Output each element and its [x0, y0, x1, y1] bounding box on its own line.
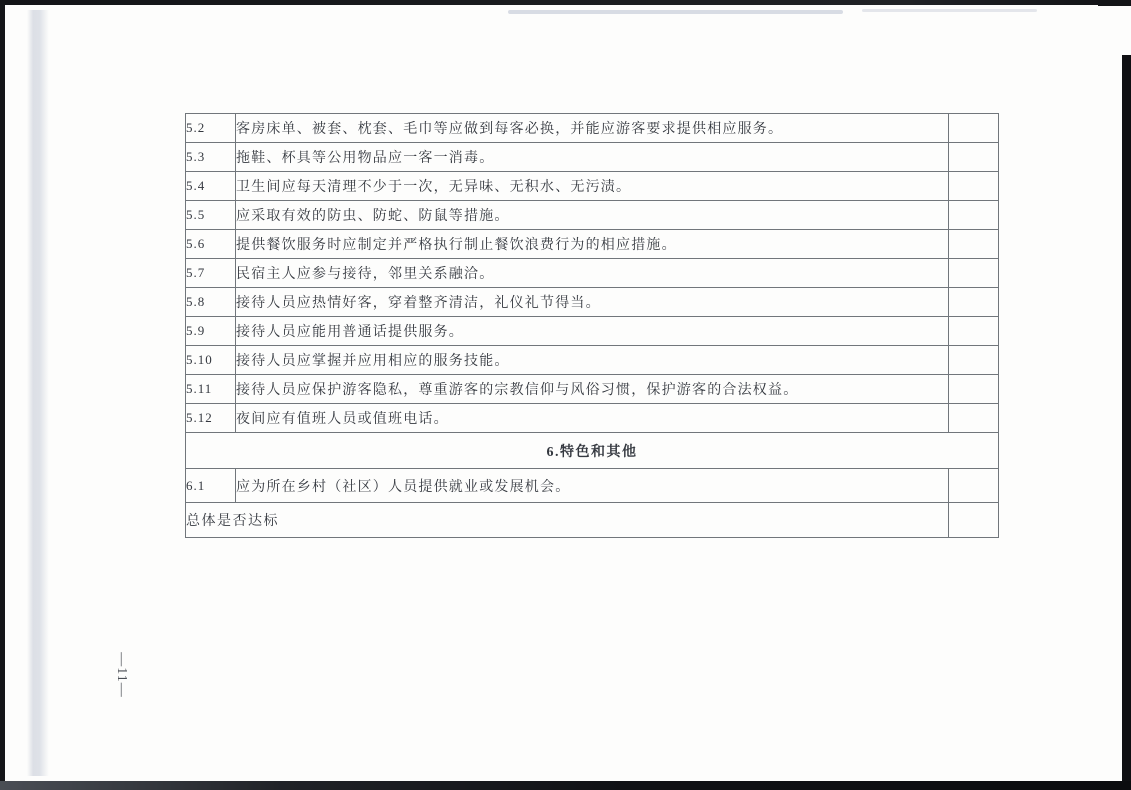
check-cell: [949, 317, 999, 346]
item-number: 5.8: [186, 288, 236, 317]
table-row: 5.3 拖鞋、杯具等公用物品应一客一消毒。: [186, 143, 999, 172]
check-cell: [949, 503, 999, 538]
item-number: 5.4: [186, 172, 236, 201]
table-row: 5.8 接待人员应热情好客，穿着整齐清洁，礼仪礼节得当。: [186, 288, 999, 317]
table-row: 6.1 应为所在乡村（社区）人员提供就业或发展机会。: [186, 469, 999, 503]
check-cell: [949, 469, 999, 503]
item-number: 5.11: [186, 375, 236, 404]
item-number: 5.12: [186, 404, 236, 433]
item-number: 5.5: [186, 201, 236, 230]
table-row: 5.12 夜间应有值班人员或值班电话。: [186, 404, 999, 433]
summary-row: 总体是否达标: [186, 503, 999, 538]
scan-edge-right-top: [1098, 0, 1131, 6]
check-cell: [949, 114, 999, 143]
scan-edge-bottom: [0, 781, 1131, 790]
item-description: 卫生间应每天清理不少于一次，无异味、无积水、无污渍。: [236, 172, 949, 201]
scanned-document-page: 5.2 客房床单、被套、枕套、毛巾等应做到每客必换，并能应游客要求提供相应服务。…: [0, 0, 1131, 790]
check-cell: [949, 375, 999, 404]
check-cell: [949, 172, 999, 201]
check-cell: [949, 201, 999, 230]
table-row: 5.6 提供餐饮服务时应制定并严格执行制止餐饮浪费行为的相应措施。: [186, 230, 999, 259]
scan-edge-right: [1122, 55, 1131, 790]
summary-label: 总体是否达标: [186, 503, 949, 538]
check-cell: [949, 288, 999, 317]
check-cell: [949, 346, 999, 375]
scan-edge-top: [0, 0, 1131, 5]
item-description: 提供餐饮服务时应制定并严格执行制止餐饮浪费行为的相应措施。: [236, 230, 949, 259]
item-number: 5.3: [186, 143, 236, 172]
scan-fold-band: [27, 10, 49, 776]
item-description: 接待人员应保护游客隐私，尊重游客的宗教信仰与风俗习惯，保护游客的合法权益。: [236, 375, 949, 404]
section-header-row: 6.特色和其他: [186, 433, 999, 469]
item-description: 接待人员应热情好客，穿着整齐清洁，礼仪礼节得当。: [236, 288, 949, 317]
table-row: 5.9 接待人员应能用普通话提供服务。: [186, 317, 999, 346]
page-number: —11—: [113, 646, 129, 704]
table-row: 5.2 客房床单、被套、枕套、毛巾等应做到每客必换，并能应游客要求提供相应服务。: [186, 114, 999, 143]
scan-smudge: [508, 10, 843, 14]
scan-smudge: [862, 9, 1037, 12]
check-cell: [949, 143, 999, 172]
checklist-table: 5.2 客房床单、被套、枕套、毛巾等应做到每客必换，并能应游客要求提供相应服务。…: [185, 113, 999, 538]
section-header: 6.特色和其他: [186, 433, 999, 469]
item-description: 民宿主人应参与接待，邻里关系融洽。: [236, 259, 949, 288]
table-row: 5.5 应采取有效的防虫、防蛇、防鼠等措施。: [186, 201, 999, 230]
item-number: 5.7: [186, 259, 236, 288]
table-row: 5.4 卫生间应每天清理不少于一次，无异味、无积水、无污渍。: [186, 172, 999, 201]
scan-edge-left: [0, 0, 5, 790]
item-description: 接待人员应能用普通话提供服务。: [236, 317, 949, 346]
table-row: 5.10 接待人员应掌握并应用相应的服务技能。: [186, 346, 999, 375]
item-description: 客房床单、被套、枕套、毛巾等应做到每客必换，并能应游客要求提供相应服务。: [236, 114, 949, 143]
table-row: 5.7 民宿主人应参与接待，邻里关系融洽。: [186, 259, 999, 288]
item-number: 5.10: [186, 346, 236, 375]
check-cell: [949, 230, 999, 259]
item-description: 拖鞋、杯具等公用物品应一客一消毒。: [236, 143, 949, 172]
item-description: 应为所在乡村（社区）人员提供就业或发展机会。: [236, 469, 949, 503]
check-cell: [949, 259, 999, 288]
item-number: 5.9: [186, 317, 236, 346]
item-description: 应采取有效的防虫、防蛇、防鼠等措施。: [236, 201, 949, 230]
item-description: 接待人员应掌握并应用相应的服务技能。: [236, 346, 949, 375]
item-description: 夜间应有值班人员或值班电话。: [236, 404, 949, 433]
check-cell: [949, 404, 999, 433]
item-number: 5.6: [186, 230, 236, 259]
table-row: 5.11 接待人员应保护游客隐私，尊重游客的宗教信仰与风俗习惯，保护游客的合法权…: [186, 375, 999, 404]
item-number: 6.1: [186, 469, 236, 503]
item-number: 5.2: [186, 114, 236, 143]
